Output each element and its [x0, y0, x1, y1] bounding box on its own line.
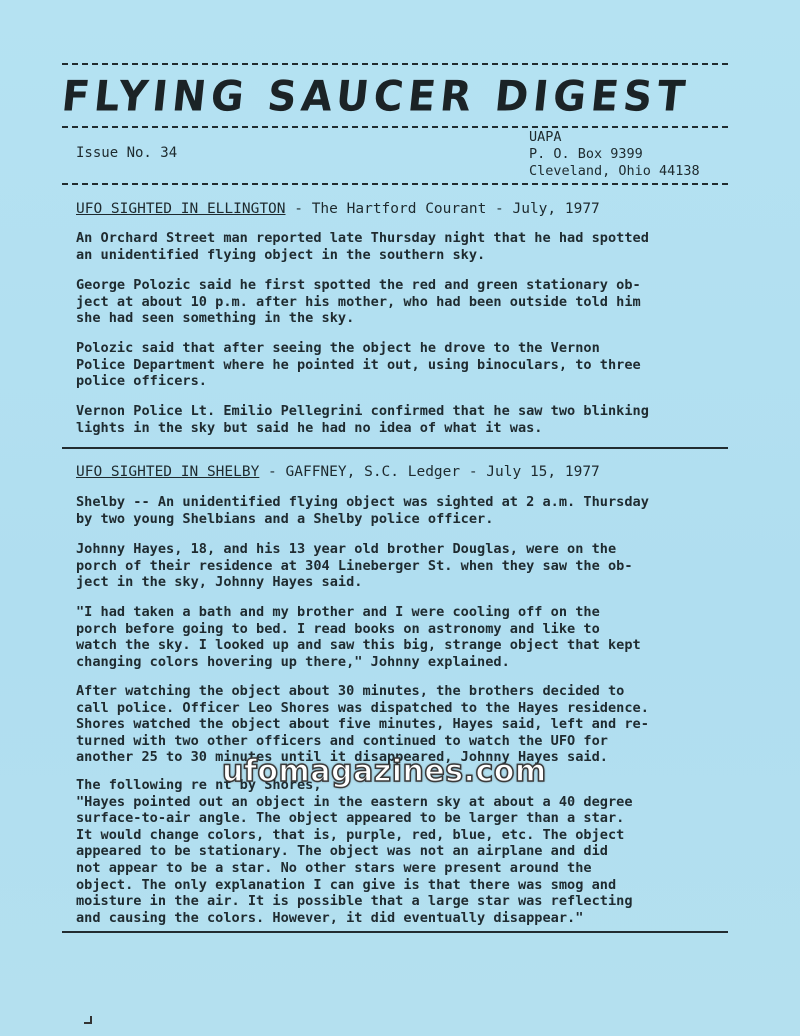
- issue-number: Issue No. 34: [76, 145, 177, 161]
- address-org: UAPA: [529, 129, 700, 146]
- article-paragraph: Polozic said that after seeing the objec…: [76, 340, 756, 390]
- article-paragraph: "I had taken a bath and my brother and I…: [76, 604, 756, 670]
- article-headline: UFO SIGHTED IN SHELBY: [76, 464, 259, 480]
- header-bottom-rule: [62, 183, 728, 185]
- article-paragraph: The following re nt by Shores, "Hayes po…: [76, 777, 756, 926]
- masthead-bottom-rule: [62, 126, 728, 128]
- address-box: P. O. Box 9399: [529, 146, 700, 163]
- article-paragraph: Vernon Police Lt. Emilio Pellegrini conf…: [76, 403, 756, 436]
- article-shelby-title: UFO SIGHTED IN SHELBY - GAFFNEY, S.C. Le…: [76, 464, 600, 480]
- crop-mark-icon: [84, 1016, 92, 1024]
- article-headline: UFO SIGHTED IN ELLINGTON: [76, 201, 286, 217]
- article-source: - The Hartford Courant - July, 1977: [286, 201, 600, 217]
- site-watermark: ufomagazines.com: [222, 754, 547, 789]
- article-paragraph: Shelby -- An unidentified flying object …: [76, 494, 756, 527]
- article-paragraph: An Orchard Street man reported late Thur…: [76, 230, 756, 263]
- mailing-address: UAPA P. O. Box 9399 Cleveland, Ohio 4413…: [529, 129, 700, 180]
- page-bottom-rule: [62, 931, 728, 933]
- newsletter-page: ​ FLYING SAUCER DIGEST Issue No. 34 UAPA…: [0, 0, 800, 1036]
- article-paragraph: George Polozic said he first spotted the…: [76, 277, 756, 327]
- article-source: - GAFFNEY, S.C. Ledger - July 15, 1977: [259, 464, 599, 480]
- article-ellington-title: UFO SIGHTED IN ELLINGTON - The Hartford …: [76, 201, 600, 217]
- article-paragraph: Johnny Hayes, 18, and his 13 year old br…: [76, 541, 756, 591]
- masthead-title: FLYING SAUCER DIGEST: [59, 69, 731, 126]
- masthead-top-rule: [62, 63, 728, 65]
- section-divider: [62, 447, 728, 449]
- address-city: Cleveland, Ohio 44138: [529, 163, 700, 180]
